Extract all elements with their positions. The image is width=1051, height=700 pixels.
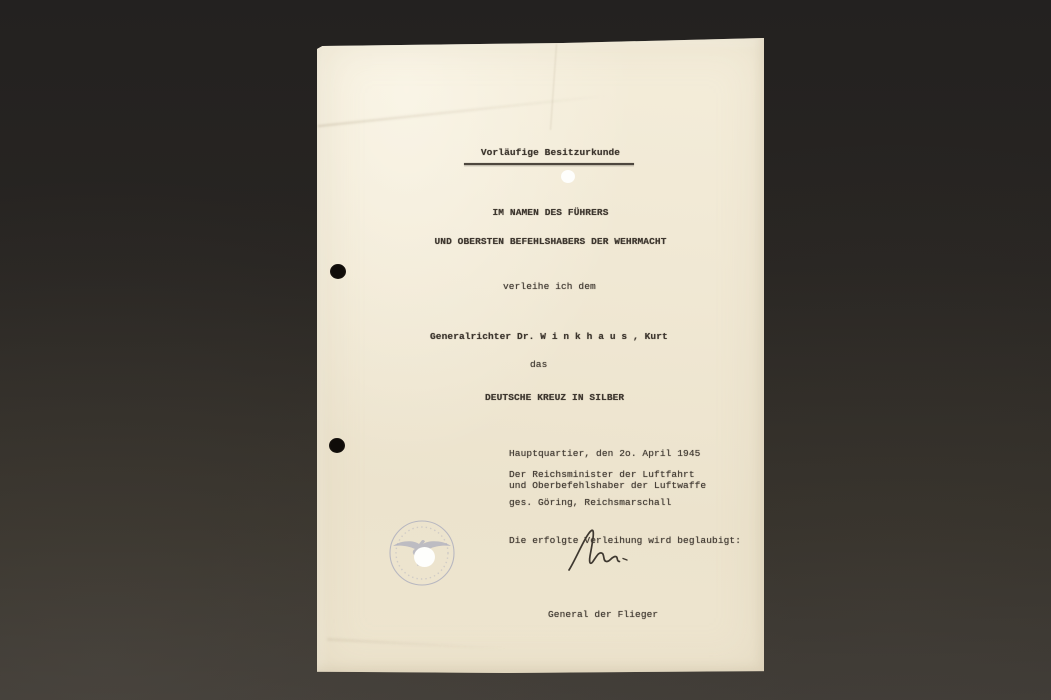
paper-crease <box>550 44 557 130</box>
document-page: Vorläufige Besitzurkunde IM NAMEN DES FÜ… <box>317 38 764 673</box>
issuer-line-1: Der Reichsminister der Luftfahrt <box>509 469 695 480</box>
recipient-name: Generalrichter Dr. W i n k h a u s , Kur… <box>430 331 668 342</box>
award-name: DEUTSCHE KREUZ IN SILBER <box>485 392 624 403</box>
article-line: das <box>530 359 547 370</box>
preamble-line-1: IM NAMEN DES FÜHRERS <box>337 207 764 218</box>
photo-background: Vorläufige Besitzurkunde IM NAMEN DES FÜ… <box>0 0 1051 700</box>
issuer-line-2: und Oberbefehlshaber der Luftwaffe <box>509 480 706 491</box>
handwritten-signature <box>563 523 637 575</box>
punch-hole-bottom <box>329 438 345 453</box>
punch-hole-top <box>330 264 346 279</box>
white-dot-over-text <box>561 170 575 183</box>
paper-crease <box>327 638 507 649</box>
stamp-center-hole <box>414 547 435 567</box>
place-and-date: Hauptquartier, den 2o. April 1945 <box>509 448 700 459</box>
title-underline <box>464 163 634 165</box>
signed-by-line: ges. Göring, Reichsmarschall <box>509 497 671 508</box>
certifier-rank: General der Flieger <box>548 609 658 620</box>
bestowal-line: verleihe ich dem <box>503 281 596 292</box>
paper-crease <box>318 95 607 127</box>
document-title: Vorläufige Besitzurkunde <box>337 147 764 158</box>
preamble-line-2: UND OBERSTEN BEFEHLSHABERS DER WEHRMACHT <box>337 236 764 247</box>
